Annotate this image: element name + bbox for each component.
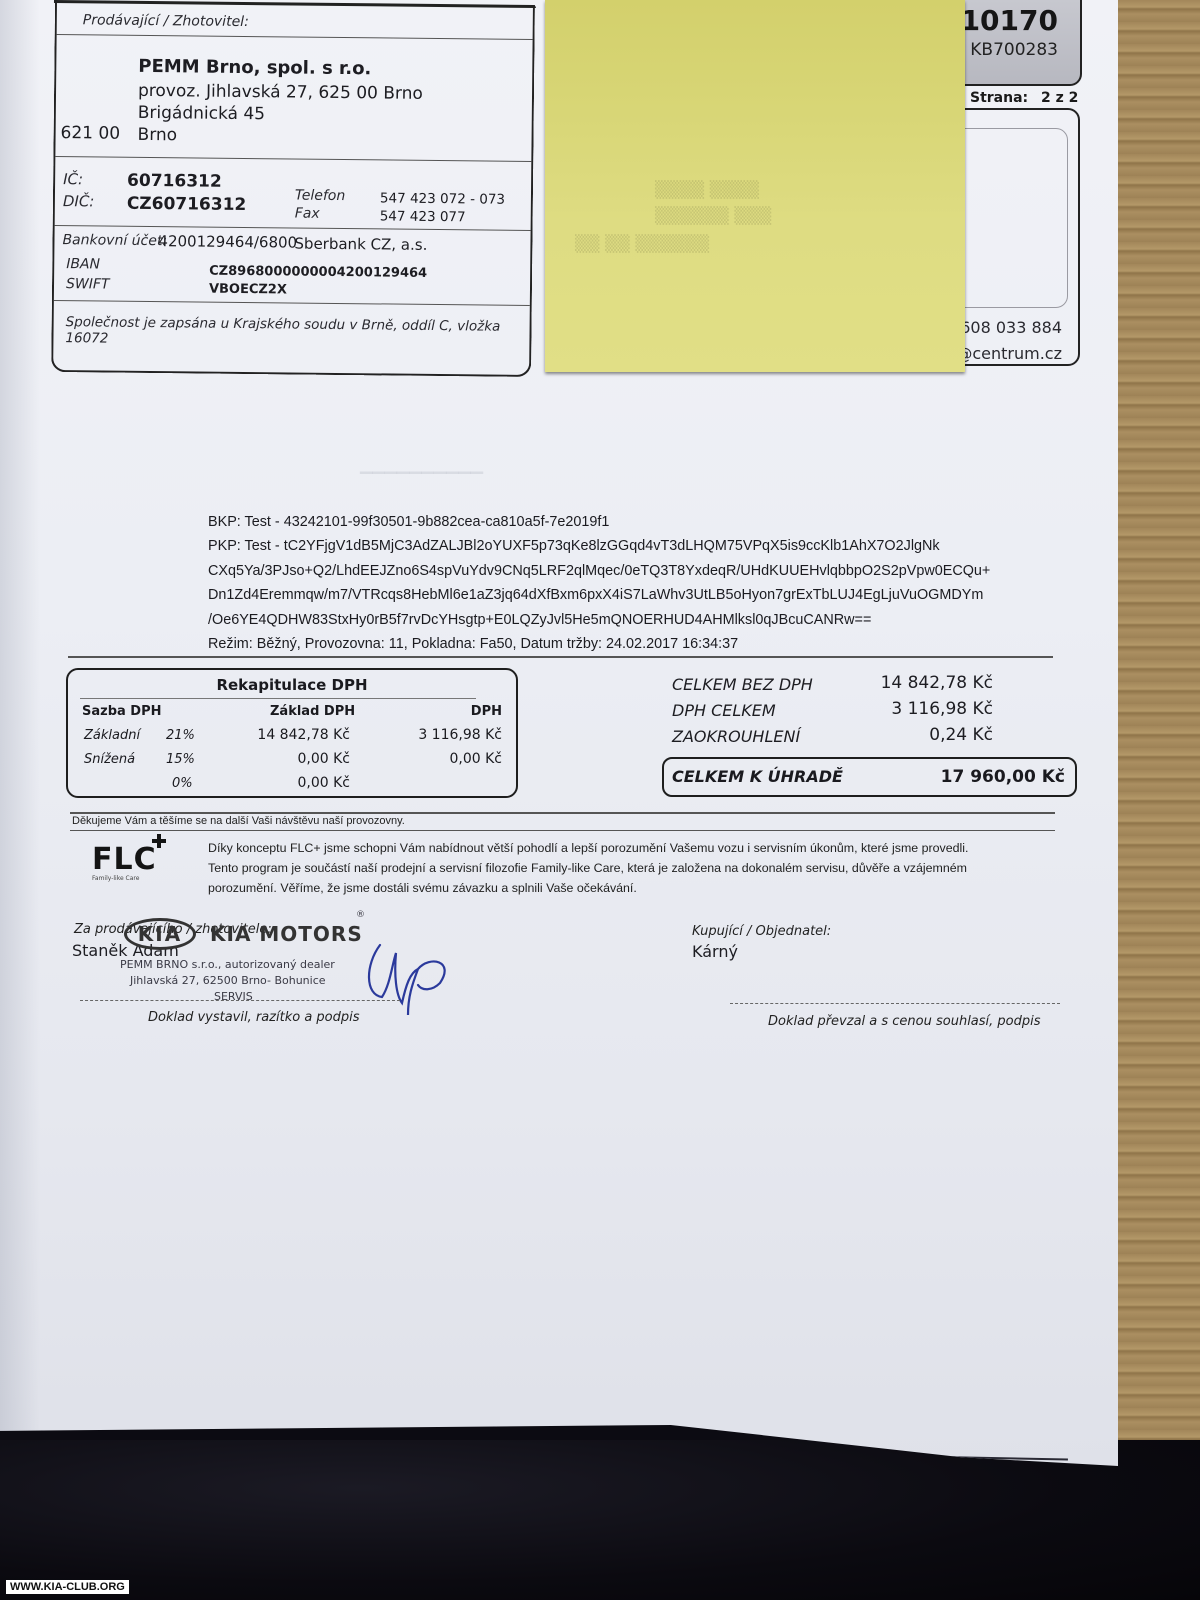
- plus-icon: [152, 834, 166, 848]
- vat-row-vat: 3 116,98 Kč: [418, 727, 502, 743]
- box-border-top: [54, 0, 536, 8]
- divider: [70, 830, 1055, 831]
- flc-logo-text: FLC: [92, 842, 157, 877]
- dic-label: DIČ:: [63, 192, 95, 210]
- vat-row-rate: 0%: [172, 776, 193, 791]
- flc-paragraph-line: Díky konceptu FLC+ jsme schopni Vám nabí…: [208, 838, 1038, 858]
- seller-postcode: 621 00: [61, 123, 121, 144]
- pkp-code-line: /Oe6YE4QDHW83StxHy0rB5f7rvDcYHsgtp+E0LQZ…: [208, 608, 990, 632]
- buyer-phone: ) 608 033 884: [949, 318, 1062, 337]
- stamp-line: SERVIS: [214, 990, 253, 1003]
- flc-paragraph-line: porozumění. Věříme, že jsme dostáli svém…: [208, 878, 1038, 898]
- iban-value: CZ8968000000004200129464: [209, 264, 427, 281]
- vat-row-base: 14 842,78 Kč: [257, 727, 350, 743]
- buyer-signature-line: [730, 1003, 1060, 1004]
- bank-account-label: Bankovní účet:: [62, 232, 167, 249]
- vat-row-vat: 0,00 Kč: [450, 751, 503, 767]
- vat-header-vat: DPH: [471, 704, 502, 719]
- seller-section-label: Prodávající / Zhotovitel:: [83, 12, 249, 30]
- vat-total-label: DPH CELKEM: [672, 701, 776, 720]
- total-without-vat-label: CELKEM BEZ DPH: [672, 675, 813, 694]
- rounding-value: 0,24 Kč: [929, 725, 993, 745]
- dic-value: CZ60716312: [127, 194, 247, 215]
- seller-branch-address: provoz. Jihlavská 27, 625 00 Brno: [138, 81, 423, 104]
- swift-value: VBOECZ2X: [209, 282, 287, 298]
- phone-label: Telefon: [295, 188, 345, 205]
- flc-logo: FLC Family-like Care: [92, 842, 157, 882]
- page-value: 2 z 2: [1041, 90, 1078, 106]
- seller-info-box: Prodávající / Zhotovitel: PEMM Brno, spo…: [51, 0, 535, 377]
- vat-row-base: 0,00 Kč: [298, 751, 351, 767]
- seller-signature-line: [80, 1000, 400, 1001]
- stamp-line: Jihlavská 27, 62500 Brno- Bohunice: [130, 974, 326, 987]
- kia-logo-icon: KIA: [124, 918, 196, 950]
- vat-row-base: 0,00 Kč: [298, 775, 351, 791]
- buyer-name: Kárný: [692, 942, 738, 961]
- yellow-sticky-note: ▒▒▒▒ ▒▒▒▒ ▒▒▒▒▒▒ ▒▒▒ ▒▒ ▒▒ ▒▒▒▒▒▒: [545, 0, 965, 372]
- iban-label: IBAN: [66, 256, 100, 272]
- vat-recap-title: Rekapitulace DPH: [68, 676, 516, 694]
- order-code: KB700283: [970, 40, 1058, 60]
- fax-value: 547 423 077: [380, 208, 466, 225]
- total-without-vat-value: 14 842,78 Kč: [881, 673, 993, 693]
- buyer-signature-label: Kupující / Objednatel:: [692, 924, 831, 939]
- rounding-label: ZAOKROUHLENÍ: [672, 727, 800, 746]
- eet-mode-line: Režim: Běžný, Provozovna: 11, Pokladna: …: [208, 632, 990, 656]
- company-registration-note: Společnost je zapsána u Krajského soudu …: [65, 314, 529, 351]
- amount-due-label: CELKEM K ÚHRADĚ: [672, 767, 843, 786]
- seller-city: Brno: [137, 125, 177, 145]
- flc-paragraph: Díky konceptu FLC+ jsme schopni Vám nabí…: [208, 838, 1038, 898]
- bank-name: Sberbank CZ, a.s.: [294, 235, 427, 254]
- stamp-brand: KIA MOTORS: [210, 922, 363, 946]
- vat-total-value: 3 116,98 Kč: [891, 699, 993, 719]
- ic-value: 60716312: [127, 171, 222, 192]
- seller-company-name: PEMM Brno, spol. s r.o.: [138, 56, 371, 79]
- dark-background: [0, 1440, 1200, 1600]
- thank-you-note: Děkujeme Vám a těšíme se na další Vaši n…: [72, 815, 405, 827]
- divider: [80, 698, 476, 699]
- phone-value: 547 423 072 - 073: [380, 190, 505, 207]
- vat-recap-box: Rekapitulace DPH Sazba DPH Základ DPH DP…: [66, 668, 518, 798]
- vat-row-rate: 15%: [166, 752, 195, 767]
- buyer-signature-caption: Doklad převzal a s cenou souhlasí, podpi…: [768, 1014, 1041, 1029]
- divider: [68, 656, 1053, 658]
- paper-shadow: [0, 0, 40, 1440]
- obscured-text: ▒▒▒▒▒▒ ▒▒▒: [655, 206, 771, 225]
- vat-header-rate: Sazba DPH: [82, 704, 162, 719]
- divider: [70, 812, 1055, 814]
- swift-label: SWIFT: [66, 276, 110, 292]
- handwritten-signature-icon: [360, 925, 460, 1015]
- stamp-line: PEMM BRNO s.r.o., autorizovaný dealer: [120, 958, 335, 971]
- ic-label: IČ:: [63, 170, 83, 188]
- pkp-code-line: CXq5Ya/3PJso+Q2/LhdEEJZno6S4spVuYdv9CNq5…: [208, 559, 990, 583]
- bkp-code: BKP: Test - 43242101-99f30501-9b882cea-c…: [208, 510, 990, 534]
- obscured-text: ▒▒ ▒▒ ▒▒▒▒▒▒: [575, 234, 709, 253]
- vat-row-name: Základní: [84, 728, 140, 743]
- amount-due-value: 17 960,00 Kč: [941, 767, 1065, 787]
- divider: [57, 34, 533, 40]
- amount-due-box: CELKEM K ÚHRADĚ 17 960,00 Kč: [662, 757, 1077, 797]
- eet-fiscal-block: BKP: Test - 43242101-99f30501-9b882cea-c…: [208, 510, 990, 656]
- divider: [55, 225, 531, 231]
- page-label: Strana:: [970, 90, 1028, 106]
- wooden-table-background: [1110, 0, 1200, 1470]
- divider: [55, 156, 531, 162]
- vat-row-rate: 21%: [166, 728, 195, 743]
- flc-paragraph-line: Tento program je součástí naší prodejní …: [208, 858, 1038, 878]
- pkp-code-line: PKP: Test - tC2YFjgV1dB5MjC3AdZALJBl2oYU…: [208, 534, 990, 558]
- bank-account-value: 4200129464/6800: [158, 232, 297, 251]
- page-indicator: Strana: 2 z 2: [970, 90, 1078, 106]
- site-watermark: WWW.KIA-CLUB.ORG: [6, 1580, 129, 1594]
- document-number: 10170: [961, 4, 1058, 37]
- seller-signature-caption: Doklad vystavil, razítko a podpis: [148, 1010, 360, 1025]
- obscured-text: ▒▒▒▒ ▒▒▒▒: [655, 180, 759, 199]
- seller-street: Brigádnická 45: [138, 103, 265, 124]
- ghost-text: ▁▁▁▁▁▁▁▁▁▁: [360, 455, 483, 474]
- vat-row-name: Snížená: [84, 752, 135, 767]
- fax-label: Fax: [295, 206, 320, 222]
- divider: [54, 300, 530, 306]
- pkp-code-line: Dn1Zd4Eremmqw/m7/VTRcqs8HebMl6e1aZ3jq64d…: [208, 583, 990, 607]
- registered-mark-icon: ®: [356, 910, 365, 920]
- vat-header-base: Základ DPH: [270, 704, 355, 719]
